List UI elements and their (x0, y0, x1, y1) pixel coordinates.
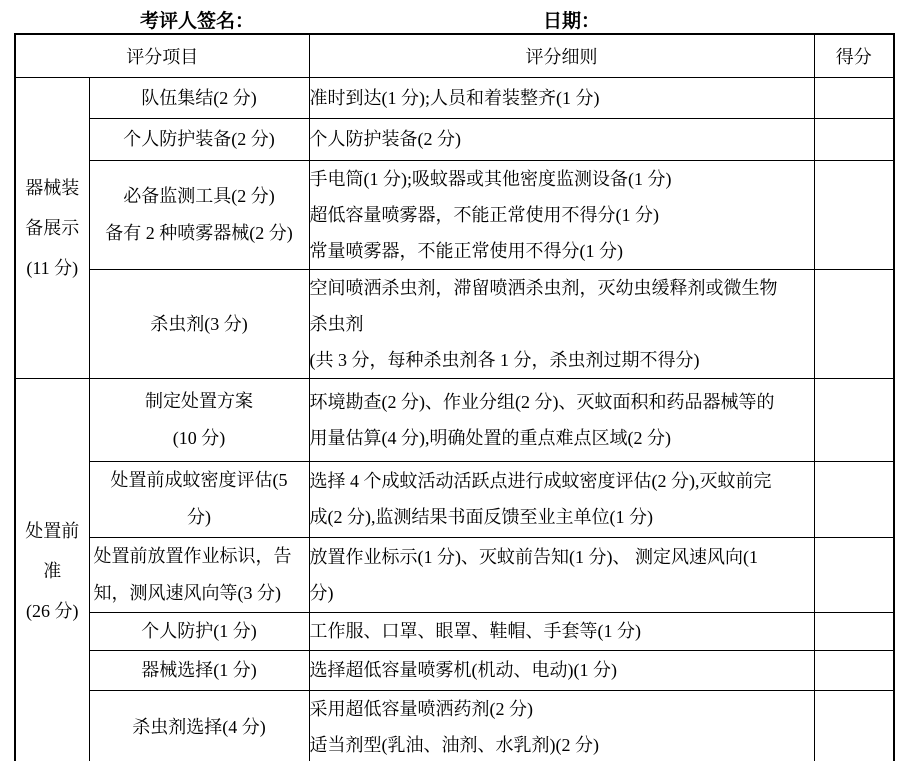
header-score: 得分 (814, 34, 894, 77)
table-row: 处置前成蚊密度评估(5 分) 选择 4 个成蚊活动活跃点进行成蚊密度评估(2 分… (15, 461, 894, 537)
detail-cell: 工作服、口罩、眼罩、鞋帽、手套等(1 分) (309, 612, 814, 650)
item-cell: 个人防护装备(2 分) (89, 118, 309, 160)
score-cell[interactable] (814, 612, 894, 650)
item-cell: 杀虫剂(3 分) (89, 269, 309, 378)
score-cell[interactable] (814, 461, 894, 537)
table-row: 个人防护(1 分) 工作服、口罩、眼罩、鞋帽、手套等(1 分) (15, 612, 894, 650)
detail-cell: 环境勘查(2 分)、作业分组(2 分)、灭蚊面积和药品器械等的 用量估算(4 分… (309, 378, 814, 461)
table-row: 必备监测工具(2 分) 备有 2 种喷雾器械(2 分) 手电筒(1 分);吸蚊器… (15, 160, 894, 269)
header-scoring-detail: 评分细则 (309, 34, 814, 77)
score-cell[interactable] (814, 118, 894, 160)
top-labels: 考评人签名： 日期： (0, 6, 905, 32)
score-cell[interactable] (814, 690, 894, 761)
score-cell[interactable] (814, 378, 894, 461)
score-cell[interactable] (814, 650, 894, 690)
detail-cell: 个人防护装备(2 分) (309, 118, 814, 160)
header-row: 评分项目 评分细则 得分 (15, 34, 894, 77)
group-label-pre-treatment-prep: 处置前 准 (26 分) (15, 378, 89, 761)
item-cell: 队伍集结(2 分) (89, 77, 309, 118)
table-row: 器械选择(1 分) 选择超低容量喷雾机(机动、电动)(1 分) (15, 650, 894, 690)
document-page: 考评人签名： 日期： 评分项目 评分细则 得分 器械装 备展示 (11 分) 队… (0, 0, 905, 761)
item-cell: 处置前放置作业标识，告 知，测风速风向等(3 分) (89, 537, 309, 612)
date-label: 日期： (543, 6, 600, 33)
table-row: 器械装 备展示 (11 分) 队伍集结(2 分) 准时到达(1 分);人员和着装… (15, 77, 894, 118)
score-cell[interactable] (814, 269, 894, 378)
detail-cell: 选择 4 个成蚊活动活跃点进行成蚊密度评估(2 分),灭蚊前完 成(2 分),监… (309, 461, 814, 537)
table-row: 杀虫剂选择(4 分) 采用超低容量喷洒药剂(2 分) 适当剂型(乳油、油剂、水乳… (15, 690, 894, 761)
item-cell: 制定处置方案 (10 分) (89, 378, 309, 461)
detail-cell: 放置作业标示(1 分)、灭蚊前告知(1 分)、 测定风速风向(1 分) (309, 537, 814, 612)
score-cell[interactable] (814, 537, 894, 612)
score-cell[interactable] (814, 160, 894, 269)
group-label-equipment-display: 器械装 备展示 (11 分) (15, 77, 89, 378)
evaluator-signature-label: 考评人签名： (140, 6, 254, 33)
scoring-table: 评分项目 评分细则 得分 器械装 备展示 (11 分) 队伍集结(2 分) 准时… (14, 33, 895, 761)
item-cell: 处置前成蚊密度评估(5 分) (89, 461, 309, 537)
item-cell: 杀虫剂选择(4 分) (89, 690, 309, 761)
header-scoring-item: 评分项目 (15, 34, 309, 77)
detail-cell: 准时到达(1 分);人员和着装整齐(1 分) (309, 77, 814, 118)
detail-cell: 采用超低容量喷洒药剂(2 分) 适当剂型(乳油、油剂、水乳剂)(2 分) (309, 690, 814, 761)
table-row: 处置前 准 (26 分) 制定处置方案 (10 分) 环境勘查(2 分)、作业分… (15, 378, 894, 461)
item-cell: 器械选择(1 分) (89, 650, 309, 690)
detail-cell: 空间喷洒杀虫剂，滞留喷洒杀虫剂，灭幼虫缓释剂或微生物 杀虫剂 (共 3 分，每种… (309, 269, 814, 378)
item-cell: 个人防护(1 分) (89, 612, 309, 650)
table-row: 处置前放置作业标识，告 知，测风速风向等(3 分) 放置作业标示(1 分)、灭蚊… (15, 537, 894, 612)
score-cell[interactable] (814, 77, 894, 118)
item-cell: 必备监测工具(2 分) 备有 2 种喷雾器械(2 分) (89, 160, 309, 269)
detail-cell: 选择超低容量喷雾机(机动、电动)(1 分) (309, 650, 814, 690)
table-row: 个人防护装备(2 分) 个人防护装备(2 分) (15, 118, 894, 160)
detail-cell: 手电筒(1 分);吸蚊器或其他密度监测设备(1 分) 超低容量喷雾器，不能正常使… (309, 160, 814, 269)
table-row: 杀虫剂(3 分) 空间喷洒杀虫剂，滞留喷洒杀虫剂，灭幼虫缓释剂或微生物 杀虫剂 … (15, 269, 894, 378)
